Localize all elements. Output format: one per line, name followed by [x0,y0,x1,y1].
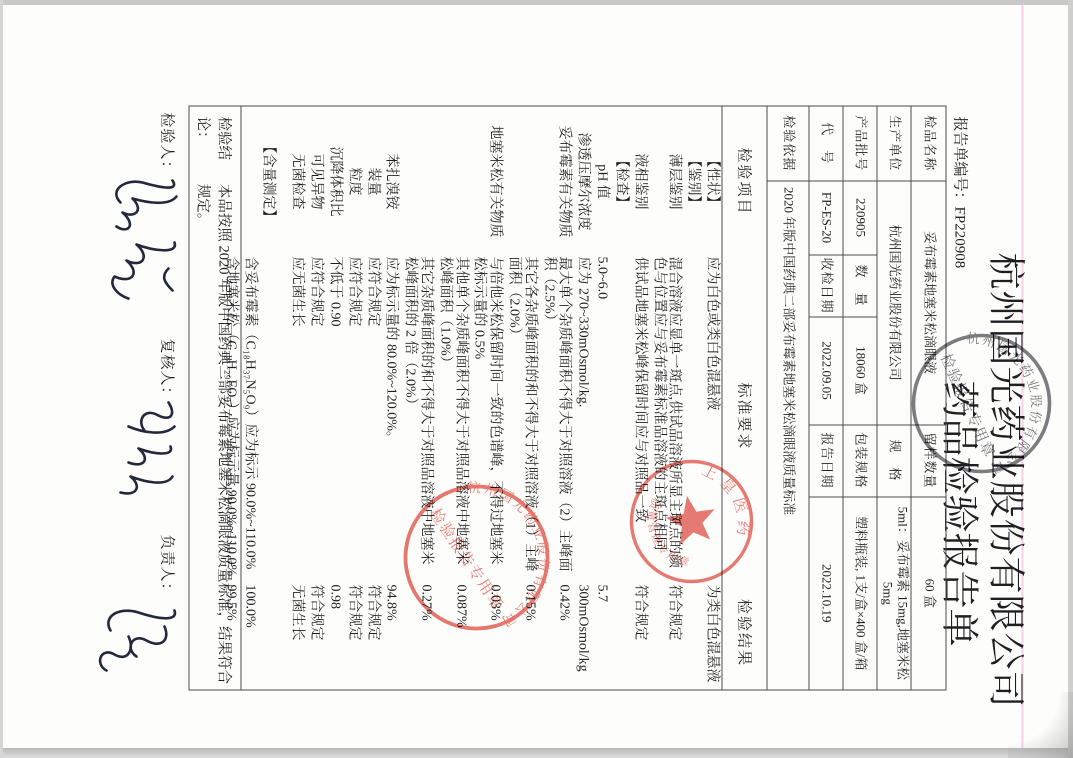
conclusion-label: 检验结论： [194,117,236,184]
item-name: 装量 [364,107,380,257]
received-date-value: 2022.09.05 [810,317,844,425]
item-name: 【鉴别】 [685,107,701,257]
reviewer-signature handwritten-signature [111,397,185,507]
qty-label: 数 量 [844,255,878,317]
table-row: pH 值5.0~6.05.7 [594,107,610,690]
table-row: 【鉴别】 [685,107,701,690]
report-number-line: 报告单编号：FP220908 [951,117,972,269]
item-name: 可见异物 [308,107,324,257]
table-row: 装量应符合规定符合规定 [364,107,380,690]
code-label: 代 号 [810,107,844,181]
scan-edge-top [0,0,1073,5]
item-standard: 应为 270~330mOsmol/kg. [575,257,591,577]
received-date-label: 收检日期 [810,255,844,317]
scan-edge-bottom [0,748,1073,758]
sample-name-label: 检品名称 [912,107,946,181]
column-result: 检验结果 [735,577,756,690]
item-result: 为类白色混悬液 [704,577,720,687]
approver-signature handwritten-signature [87,597,183,681]
item-name: 苯扎溴铵 [383,107,399,257]
table-row: 含妥布霉素（C₁₈H₃₇N₅O₉）应为标示 90.0%~110.0%100.0% [241,107,257,690]
title-stamp report-seal-icon: 杭州国光药业股份有限公司 检验报告专用章 [897,319,1066,488]
report-stamp-caption: 检验报告专用章 [426,505,508,614]
report-table: 检品名称 妥布霉素地塞米松滴眼液 留样数量 60 盒 生产单位 杭州国光药业股份… [189,106,947,691]
item-standard: 应符合规定 [308,257,324,577]
conclusion-text: 本品按照 2020 年版中国药典二部妥布霉素地塞米松滴眼液质量标准，结果符合规定… [194,184,236,690]
batch-value: 220905 [844,181,878,255]
item-name: 妥布霉素有关物质 [540,107,572,257]
tester-label: 检验人： [158,113,179,177]
item-standard: 应符合规定 [345,257,361,577]
table-row: 【检查】 [613,107,629,690]
item-name: 粒度 [345,107,361,257]
item-name [506,107,538,257]
column-item: 检验项目 [735,107,756,257]
svg-text:杭州国光药业股份有限公司: 杭州国光药业股份有限公司 [964,319,1056,477]
item-standard [260,257,276,577]
report-page: 杭州国光药业股份有限公司 药品检验报告单 报告单编号：FP220908 检品名称… [0,1,1073,758]
item-name: 【含量测定】 [260,107,276,257]
item-standard: 不低于 0.90 [327,257,343,577]
spec-value: 5ml：妥布霉素 15mg,地塞米松 5mg [878,497,912,690]
table-row: 【性状】应为白色或类白色混悬液为类白色混悬液 [704,107,720,690]
spec-label: 规 格 [878,425,912,497]
title-stamp-caption: 检验报告专用章 [937,351,999,461]
item-result: 无菌生长 [289,577,305,687]
item-standard: 应符合规定 [364,257,380,577]
row-code: 代 号 FP-ES-20 收检日期 2022.09.05 报告日期 2022.1… [810,107,844,690]
item-name: 【性状】 [704,107,720,257]
table-row: 沉降体积比不低于 0.900.98 [327,107,343,690]
scanned-report: 杭州国光药业股份有限公司 药品检验报告单 报告单编号：FP220908 检品名称… [0,0,1073,758]
item-name: 沉降体积比 [327,107,343,257]
table-row: 苯扎溴铵应为标示量的 80.0%~120.0%。94.8% [383,107,399,690]
item-result: 符合规定 [308,577,324,687]
item-result: 符合规定 [364,577,380,687]
item-name: 地塞米松有关物质 [471,107,503,257]
scan-edge-right [1068,0,1073,758]
table-row: 液相鉴别供试品地塞米松峰保留时间应与对照品一致符合规定 [631,107,647,690]
page-corner-shadow [1008,692,1073,758]
scan-edge-left [0,0,3,758]
basis-value: 2020 年版中国药典二部妥布霉素地塞米松滴眼液质量标准 [768,181,810,690]
table-row: 可见异物应符合规定符合规定 [308,107,324,690]
package-label: 包装规格 [844,425,878,497]
item-name: 渗透压摩尔浓度 [575,107,591,257]
table-row: 渗透压摩尔浓度应为 270~330mOsmol/kg.300mOsmol/kg [575,107,591,690]
qty-value: 18060 盒 [844,317,878,425]
result-table-header: 检验项目 标准要求 检验结果 [722,107,767,690]
item-name: 【检查】 [613,107,629,257]
item-standard: 含妥布霉素（C₁₈H₃₇N₅O₉）应为标示 90.0%~110.0% [241,257,257,577]
item-name: pH 值 [594,107,610,257]
table-row: 粒度应符合规定符合规定 [345,107,361,690]
item-result: 300mOsmol/kg [575,577,591,687]
reviewer-label: 复核人： [158,339,179,403]
item-name: 无菌检查 [289,107,305,257]
manufacturer-label: 生产单位 [878,107,912,181]
batch-label: 产品批号 [844,107,878,181]
row-batch: 产品批号 220905 数 量 18060 盒 包装规格 塑料瓶装, 1支/盒×… [844,107,878,690]
item-result: 0.98 [327,577,343,687]
item-result: 符合规定 [631,577,647,687]
retained-qty-value: 60 盒 [912,497,946,690]
item-result: 100.0% [241,577,257,687]
tester-signature handwritten-signature [91,173,187,313]
item-name [241,107,257,257]
item-standard: 应无菌生长 [289,257,305,577]
code-value: FP-ES-20 [810,181,844,255]
report-number-label: 报告单编号： [952,117,968,207]
basis-label: 检验依据 [768,107,810,181]
approver-label: 负责人： [158,535,179,599]
report-number-value: FP220908 [952,207,968,269]
item-name: 液相鉴别 [631,107,647,257]
item-result: 94.8% [383,577,399,687]
item-result: 5.7 [594,577,610,687]
row-basis: 检验依据 2020 年版中国药典二部妥布霉素地塞米松滴眼液质量标准 [768,107,810,690]
title-stamp-company: 杭州国光药业股份有限公司 [964,319,1056,477]
item-name [437,107,469,257]
item-result: 符合规定 [345,577,361,687]
table-row: 无菌检查应无菌生长无菌生长 [289,107,305,690]
item-result [260,577,276,687]
item-standard: 5.0~6.0 [594,257,610,577]
item-name [402,107,434,257]
table-row: 【含量测定】 [260,107,276,690]
item-name: 薄层鉴别 [650,107,682,257]
report-date-label: 报告日期 [810,425,844,497]
report-date-value: 2022.10.19 [810,497,844,690]
conclusion-row: 检验结论： 本品按照 2020 年版中国药典二部妥布霉素地塞米松滴眼液质量标准，… [190,107,242,690]
package-value: 塑料瓶装, 1支/盒×400 盒/箱 [844,497,878,690]
item-result [613,577,629,687]
